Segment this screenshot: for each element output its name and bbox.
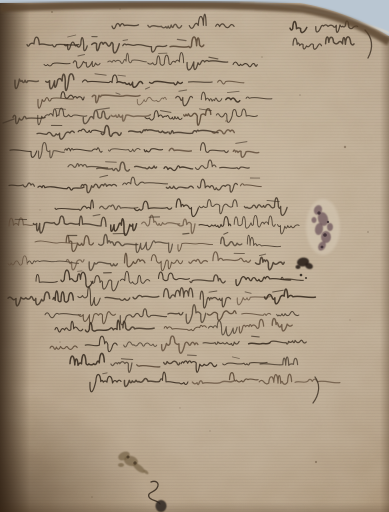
pen-stroke <box>183 233 189 234</box>
paper-speck <box>59 341 61 343</box>
ink-smudge-bottom-speck <box>133 461 136 464</box>
ink-blot-dark-speck <box>305 277 307 279</box>
paper-speck <box>179 407 180 408</box>
bottom-edge-shade <box>0 502 389 512</box>
ink-smudge-bottom-speck <box>127 456 130 459</box>
ink-blot-purple-speck <box>317 211 320 214</box>
paper-speck <box>39 209 40 210</box>
ink-blot-purple-blob <box>312 217 317 223</box>
ink-blot-purple-blob <box>327 223 333 231</box>
paper-speck <box>344 146 346 148</box>
pen-stroke <box>106 162 117 163</box>
pen-stroke <box>121 359 132 360</box>
pen-trial-blob <box>156 500 167 512</box>
ink-blot-dark-speck <box>300 274 303 277</box>
paper-speck <box>91 496 93 498</box>
paper-speck <box>209 430 210 431</box>
ink-blot-dark-blob <box>296 265 301 269</box>
manuscript-scene <box>0 0 389 512</box>
pen-stroke <box>188 355 197 356</box>
paper-speck <box>315 461 317 463</box>
ink-smudge-bottom-blob <box>118 463 124 467</box>
ink-blot-purple-speck <box>321 246 324 249</box>
paper-speck <box>225 120 227 122</box>
paper-speck <box>51 11 53 13</box>
right-edge-shade <box>380 36 389 512</box>
paper-speck <box>349 319 350 320</box>
paper-speck <box>367 231 369 233</box>
paper-speck <box>261 56 263 58</box>
manuscript-photo <box>0 0 389 512</box>
pen-stroke <box>123 40 128 41</box>
ink-blot-purple <box>306 199 340 255</box>
ink-blot-purple-blob <box>321 231 331 243</box>
pen-stroke <box>188 82 212 83</box>
paper-speck <box>299 94 301 96</box>
ink-blot-purple-speck <box>323 233 327 237</box>
ink-blot-purple-speck <box>327 221 329 223</box>
